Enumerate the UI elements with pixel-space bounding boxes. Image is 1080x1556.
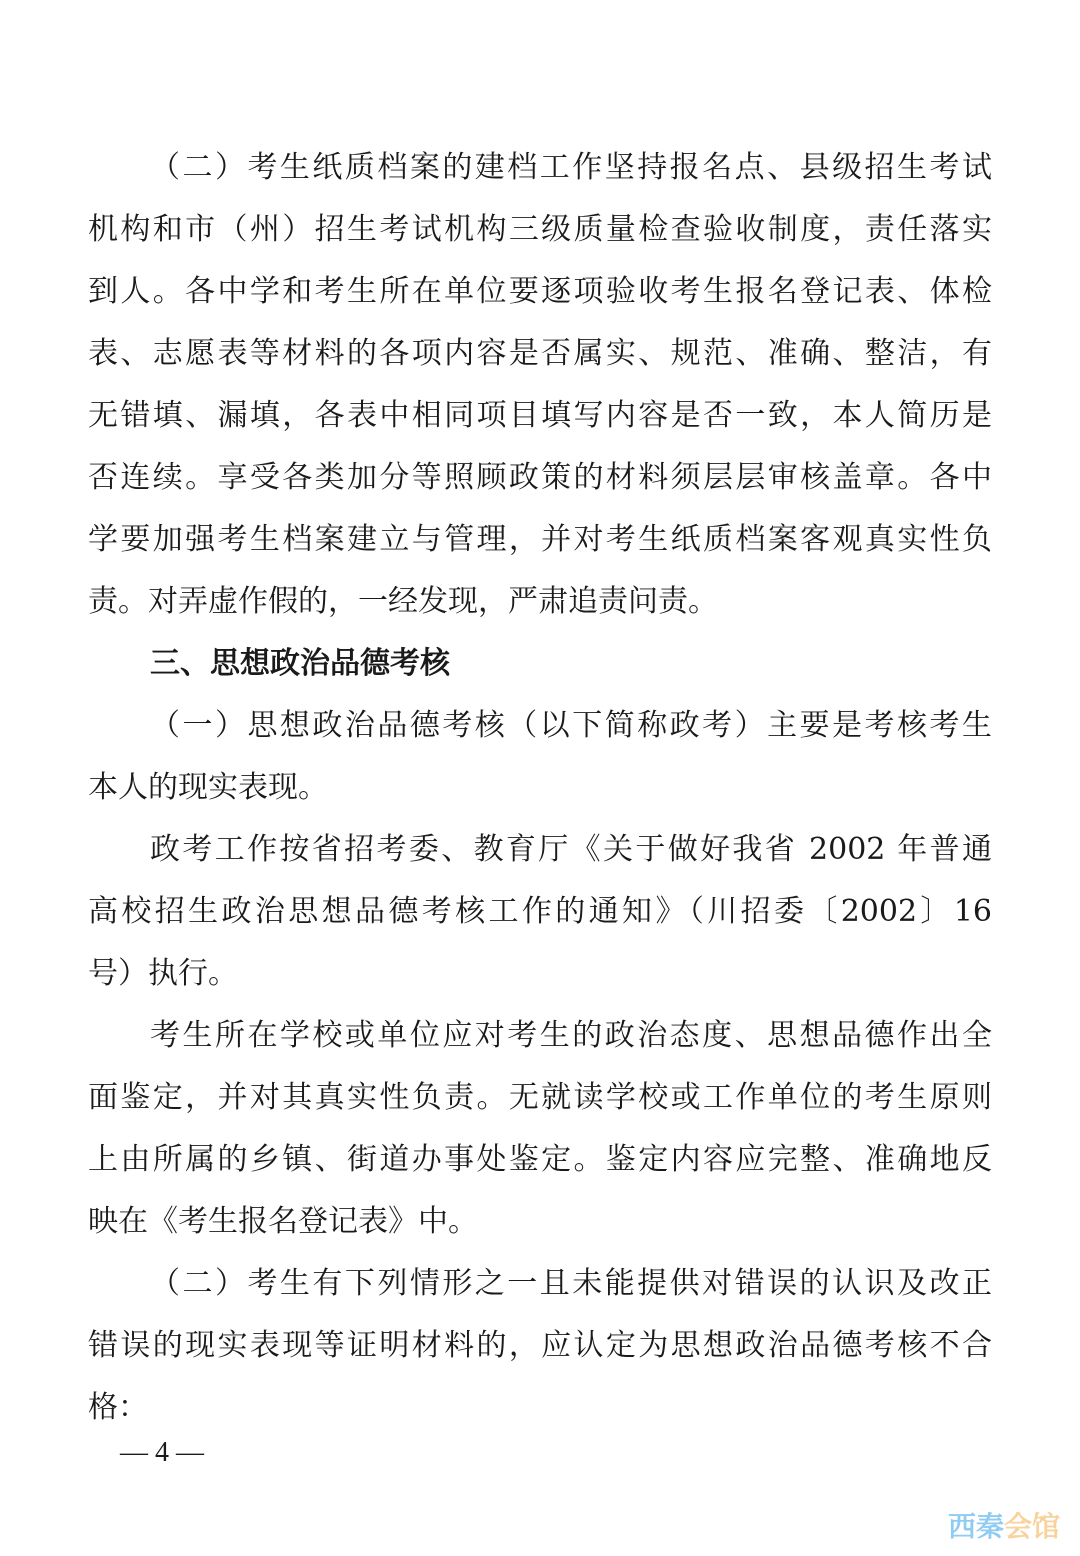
text-line: 政考工作按省招考委、教育厅《关于做好我省 2002 年普通 bbox=[150, 830, 992, 870]
page-number: — 4 — bbox=[120, 1433, 204, 1473]
text-line: 面鉴定，并对其真实性负责。无就读学校或工作单位的考生原则 bbox=[88, 1078, 992, 1118]
text-line: 格： bbox=[88, 1388, 992, 1428]
text-line: 本人的现实表现。 bbox=[88, 768, 992, 808]
document-page: （二）考生纸质档案的建档工作坚持报名点、县级招生考试机构和市（州）招生考试机构三… bbox=[0, 0, 1080, 1556]
watermark-part-a: 西秦 bbox=[948, 1510, 1004, 1543]
text-line: 学要加强考生档案建立与管理，并对考生纸质档案客观真实性负 bbox=[88, 520, 992, 560]
text-line: 错误的现实表现等证明材料的，应认定为思想政治品德考核不合 bbox=[88, 1326, 992, 1366]
text-line: 号）执行。 bbox=[88, 954, 992, 994]
text-line: 无错填、漏填，各表中相同项目填写内容是否一致，本人简历是 bbox=[88, 396, 992, 436]
watermark-logo: 西秦会馆 bbox=[948, 1510, 1060, 1544]
text-line: 高校招生政治思想品德考核工作的通知》（川招委〔2002〕16 bbox=[88, 892, 992, 932]
text-line: 否连续。享受各类加分等照顾政策的材料须层层审核盖章。各中 bbox=[88, 458, 992, 498]
text-line: 映在《考生报名登记表》中。 bbox=[88, 1202, 992, 1242]
text-line: 机构和市（州）招生考试机构三级质量检查验收制度，责任落实 bbox=[88, 210, 992, 250]
text-line: 表、志愿表等材料的各项内容是否属实、规范、准确、整洁，有 bbox=[88, 334, 992, 374]
watermark-part-b: 会馆 bbox=[1004, 1510, 1060, 1543]
text-line: 上由所属的乡镇、街道办事处鉴定。鉴定内容应完整、准确地反 bbox=[88, 1140, 992, 1180]
text-line: 到人。各中学和考生所在单位要逐项验收考生报名登记表、体检 bbox=[88, 272, 992, 312]
text-line: （二）考生纸质档案的建档工作坚持报名点、县级招生考试 bbox=[150, 148, 992, 188]
text-line: （一）思想政治品德考核（以下简称政考）主要是考核考生 bbox=[150, 706, 992, 746]
text-line: （二）考生有下列情形之一且未能提供对错误的认识及改正 bbox=[150, 1264, 992, 1304]
section-heading: 三、思想政治品德考核 bbox=[150, 644, 992, 684]
text-line: 考生所在学校或单位应对考生的政治态度、思想品德作出全 bbox=[150, 1016, 992, 1056]
text-line: 责。对弄虚作假的，一经发现，严肃追责问责。 bbox=[88, 582, 992, 622]
